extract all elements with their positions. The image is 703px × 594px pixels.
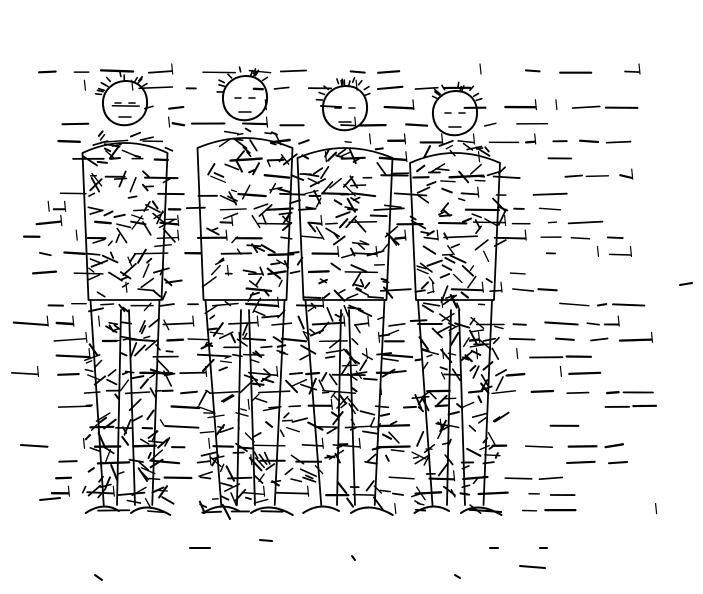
figure-2	[198, 67, 308, 519]
brick-wall	[12, 64, 657, 514]
group-of-people	[83, 67, 509, 519]
figure-4	[410, 82, 509, 515]
sketch-image: Black-and-white edge-detected line sketc…	[0, 0, 703, 594]
figure-1	[83, 72, 182, 515]
line-art	[0, 0, 703, 594]
figure-3	[298, 78, 409, 515]
